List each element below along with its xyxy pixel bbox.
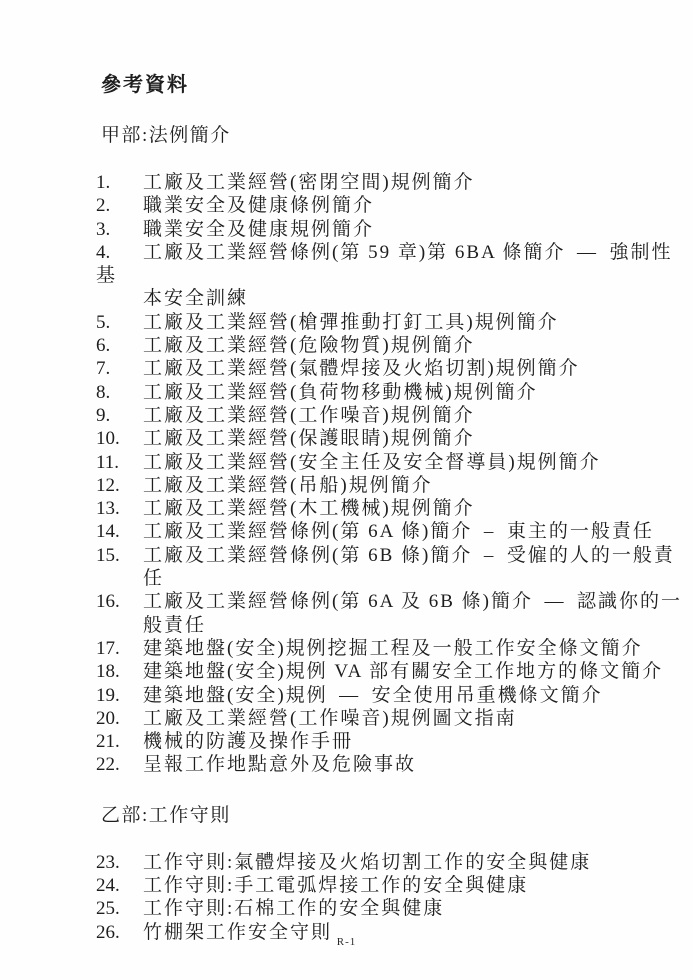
- section-a-heading: 甲部:法例簡介: [101, 124, 693, 148]
- item-text: 工廠及工業經營(槍彈推動打釘工具)規例簡介: [143, 312, 559, 333]
- item-text: 工廠及工業經營(氣體焊接及火焰切割)規例簡介: [143, 358, 580, 379]
- list-item: 2.職業安全及健康條例簡介: [96, 194, 693, 217]
- document-page: 參考資料 甲部:法例簡介 1.工廠及工業經營(密閉空間)規例簡介 2.職業安全及…: [0, 0, 693, 980]
- item-number: 8.: [96, 381, 143, 404]
- list-item: 6.工廠及工業經營(危險物質)規例簡介: [96, 334, 693, 357]
- item-number: 12.: [96, 474, 143, 497]
- item-text: 工廠及工業經營條例(第 6B 條)簡介 – 受僱的人的一般責: [143, 545, 675, 566]
- item-number: 3.: [96, 218, 143, 241]
- item-number: 18.: [96, 660, 143, 683]
- item-text: 工廠及工業經營條例(第 6A 條)簡介 – 東主的一般責任: [143, 521, 654, 542]
- item-text: 工廠及工業經營(密閉空間)規例簡介: [143, 172, 475, 193]
- item-text: 工廠及工業經營條例(第 6A 及 6B 條)簡介 — 認識你的一: [143, 591, 682, 612]
- item-text: 機械的防護及操作手冊: [143, 731, 353, 752]
- item-number: 21.: [96, 730, 143, 753]
- item-number: 11.: [96, 451, 143, 474]
- page-title: 參考資料: [101, 73, 693, 97]
- item-number: 6.: [96, 334, 143, 357]
- item-number: 22.: [96, 753, 143, 776]
- item-text: 建築地盤(安全)規例 — 安全使用吊重機條文簡介: [143, 685, 603, 706]
- item-text: 工廠及工業經營(保護眼睛)規例簡介: [143, 428, 475, 449]
- list-item: 25.工作守則:石棉工作的安全與健康: [96, 897, 693, 920]
- list-item: 21.機械的防護及操作手冊: [96, 730, 693, 753]
- item-text: 工廠及工業經營(工作噪音)規例簡介: [143, 405, 475, 426]
- list-item: 9.工廠及工業經營(工作噪音)規例簡介: [96, 404, 693, 427]
- item-number: 2.: [96, 194, 143, 217]
- item-text: 工廠及工業經營(安全主任及安全督導員)規例簡介: [143, 452, 601, 473]
- list-item: 20.工廠及工業經營(工作噪音)規例圖文指南: [96, 707, 693, 730]
- item-number: 15.: [96, 544, 143, 567]
- list-item: 13.工廠及工業經營(木工機械)規例簡介: [96, 497, 693, 520]
- list-item: 8.工廠及工業經營(負荷物移動機械)規例簡介: [96, 381, 693, 404]
- item-number: 14.: [96, 520, 143, 543]
- list-item: 19.建築地盤(安全)規例 — 安全使用吊重機條文簡介: [96, 684, 693, 707]
- item-number: 16.: [96, 590, 143, 613]
- item-text: 建築地盤(安全)規例挖掘工程及一般工作安全條文簡介: [143, 638, 643, 659]
- item-text: 工廠及工業經營(工作噪音)規例圖文指南: [143, 708, 517, 729]
- item-text: 工作守則:手工電弧焊接工作的安全與健康: [143, 875, 528, 896]
- item-number: 19.: [96, 684, 143, 707]
- item-text: 工廠及工業經營(負荷物移動機械)規例簡介: [143, 382, 538, 403]
- item-text: 工廠及工業經營(木工機械)規例簡介: [143, 498, 475, 519]
- section-b-list: 23.工作守則:氣體焊接及火焰切割工作的安全與健康 24.工作守則:手工電弧焊接…: [96, 851, 693, 944]
- section-a-list: 1.工廠及工業經營(密閉空間)規例簡介 2.職業安全及健康條例簡介 3.職業安全…: [96, 171, 693, 777]
- item-number: 17.: [96, 637, 143, 660]
- item-text: 職業安全及健康條例簡介: [143, 195, 374, 216]
- item-text: 呈報工作地點意外及危險事故: [143, 754, 416, 775]
- item-text-continued: 本安全訓練: [96, 287, 693, 310]
- item-text: 工廠及工業經營(吊船)規例簡介: [143, 475, 433, 496]
- item-number: 25.: [96, 897, 143, 920]
- list-item: 22.呈報工作地點意外及危險事故: [96, 753, 693, 776]
- list-item: 17.建築地盤(安全)規例挖掘工程及一般工作安全條文簡介: [96, 637, 693, 660]
- list-item: 18.建築地盤(安全)規例 VA 部有關安全工作地方的條文簡介: [96, 660, 693, 683]
- list-item: 16.工廠及工業經營條例(第 6A 及 6B 條)簡介 — 認識你的一 般責任: [96, 590, 693, 637]
- item-number: 4.: [96, 241, 143, 264]
- list-item: 7.工廠及工業經營(氣體焊接及火焰切割)規例簡介: [96, 357, 693, 380]
- item-text: 工廠及工業經營條例(第 59 章)第 6BA 條簡介 — 強制性基: [96, 242, 673, 286]
- item-number: 1.: [96, 171, 143, 194]
- list-item: 10.工廠及工業經營(保護眼睛)規例簡介: [96, 427, 693, 450]
- item-text: 工作守則:氣體焊接及火焰切割工作的安全與健康: [143, 852, 591, 873]
- list-item: 15.工廠及工業經營條例(第 6B 條)簡介 – 受僱的人的一般責 任: [96, 544, 693, 591]
- item-text: 工作守則:石棉工作的安全與健康: [143, 898, 444, 919]
- list-item: 3.職業安全及健康規例簡介: [96, 218, 693, 241]
- item-number: 5.: [96, 311, 143, 334]
- list-item: 5.工廠及工業經營(槍彈推動打釘工具)規例簡介: [96, 311, 693, 334]
- section-b-heading: 乙部:工作守則: [101, 804, 693, 828]
- item-number: 7.: [96, 357, 143, 380]
- list-item: 23.工作守則:氣體焊接及火焰切割工作的安全與健康: [96, 851, 693, 874]
- list-item: 11.工廠及工業經營(安全主任及安全督導員)規例簡介: [96, 451, 693, 474]
- item-text: 建築地盤(安全)規例 VA 部有關安全工作地方的條文簡介: [143, 661, 663, 682]
- item-text-continued: 任: [96, 567, 693, 590]
- item-text: 職業安全及健康規例簡介: [143, 219, 374, 240]
- item-text-continued: 般責任: [96, 614, 693, 637]
- item-number: 23.: [96, 851, 143, 874]
- page-number: R-1: [0, 936, 693, 948]
- list-item: 12.工廠及工業經營(吊船)規例簡介: [96, 474, 693, 497]
- item-number: 20.: [96, 707, 143, 730]
- list-item: 4.工廠及工業經營條例(第 59 章)第 6BA 條簡介 — 強制性基 本安全訓…: [96, 241, 693, 311]
- item-number: 10.: [96, 427, 143, 450]
- list-item: 24.工作守則:手工電弧焊接工作的安全與健康: [96, 874, 693, 897]
- item-number: 24.: [96, 874, 143, 897]
- list-item: 1.工廠及工業經營(密閉空間)規例簡介: [96, 171, 693, 194]
- item-text: 工廠及工業經營(危險物質)規例簡介: [143, 335, 475, 356]
- list-item: 14.工廠及工業經營條例(第 6A 條)簡介 – 東主的一般責任: [96, 520, 693, 543]
- item-number: 9.: [96, 404, 143, 427]
- item-number: 13.: [96, 497, 143, 520]
